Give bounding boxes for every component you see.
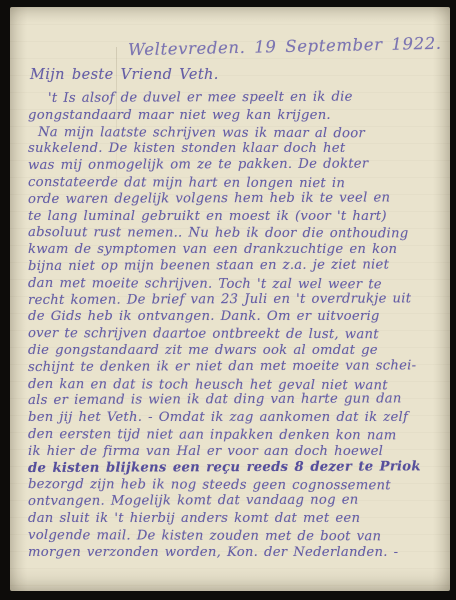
letter-line: de Gids heb ik ontvangen. Dank. Om er ui… <box>28 309 448 326</box>
letter-scan: Weltevreden. 19 September 1922. Mijn bes… <box>0 0 456 600</box>
letter-line: schijnt te denken ik er niet dan met moe… <box>28 358 448 377</box>
letter-line: als er iemand is wien ik dat ding van ha… <box>28 392 448 411</box>
letter-line: die gongstandaard zit me dwars ook al om… <box>28 343 448 360</box>
letter-line: volgende mail. De kisten zouden met de b… <box>28 528 448 546</box>
letter-line: over te schrijven daartoe ontbreekt de l… <box>28 326 448 344</box>
letter-line: te lang luminal gebruikt en moest ik (vo… <box>28 209 448 226</box>
letter-line: de kisten blijkens een reçu reeds 8 deze… <box>28 459 448 478</box>
letter-line: ontvangen. Mogelijk komt dat vandaag nog… <box>28 492 448 511</box>
letter-line: bijna niet op mijn beenen staan en z.a. … <box>28 257 448 276</box>
letter-line: den eersten tijd niet aan inpakken denke… <box>28 427 448 445</box>
letter-salutation: Mijn beste Vriend Veth. <box>30 67 219 83</box>
letter-line: absoluut rust nemen.. Nu heb ik door die… <box>28 225 448 243</box>
letter-line: orde waren degelijk volgens hem heb ik t… <box>28 190 448 209</box>
letter-line: dan sluit ik 't hierbij anders komt dat … <box>28 511 448 528</box>
letter-line: recht komen. De brief van 23 Juli en 't … <box>28 291 448 310</box>
letter-line: gongstandaard maar niet weg kan krijgen. <box>28 108 448 125</box>
letter-line: kwam de symptomen van een drankzuchtige … <box>28 242 448 259</box>
letter-dateline: Weltevreden. 19 September 1922. <box>128 34 442 60</box>
letter-line: 't Is alsof de duvel er mee speelt en ik… <box>28 89 448 108</box>
letter-line: ben jij het Veth. - Omdat ik zag aankome… <box>28 410 448 427</box>
letter-line: ik hier de firma van Hal er voor aan doc… <box>28 444 448 461</box>
letter-line: was mij onmogelijk om ze te pakken. De d… <box>28 156 448 175</box>
letter-line: Na mijn laatste schrijven was ik maar al… <box>28 125 448 143</box>
letter-line: morgen verzonden worden, Kon. der Nederl… <box>28 545 448 562</box>
letter-body: 't Is alsof de duvel er mee speelt en ik… <box>28 91 448 561</box>
letter-paper: Weltevreden. 19 September 1922. Mijn bes… <box>10 7 450 591</box>
